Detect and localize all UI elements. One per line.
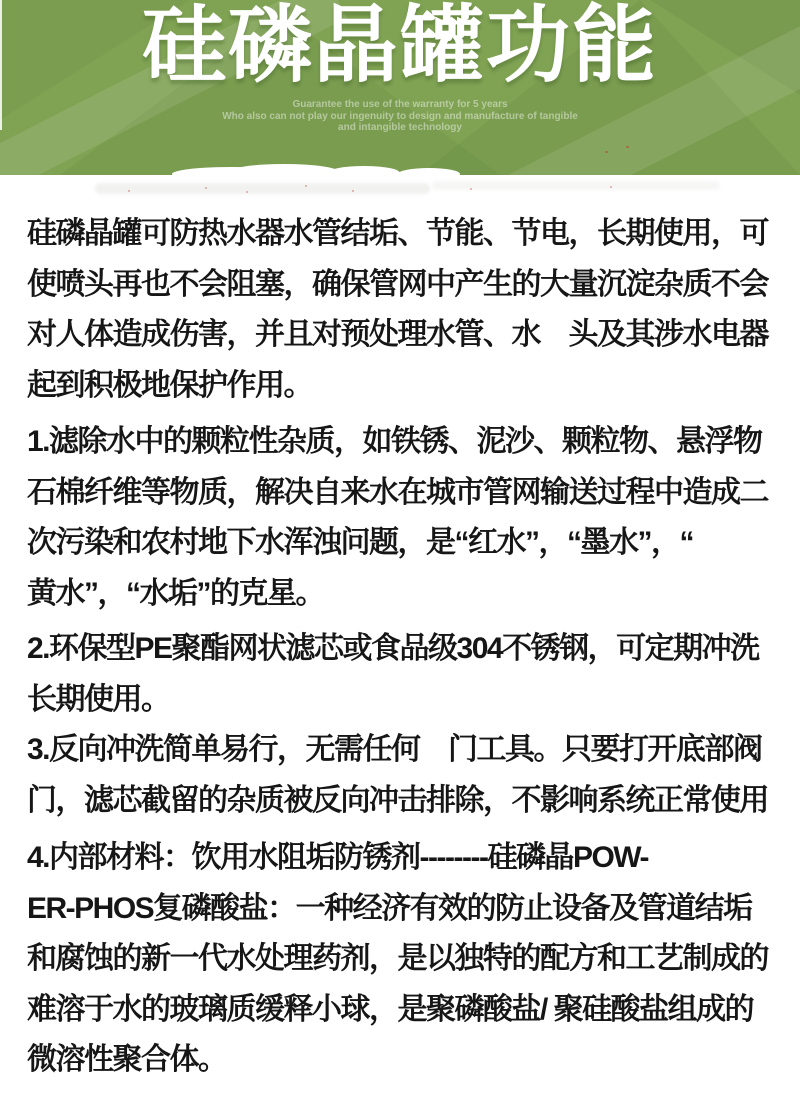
banner-subtitle-line: and intangible technology [0, 122, 800, 134]
text-line: 和腐蚀的新一代水处理药剂，是以独特的配方和工艺制成的 [27, 934, 787, 985]
jpeg-artifact-dot [352, 190, 354, 192]
text-line: 黄水”，“水垢”的克星。 [27, 569, 787, 620]
text-line: 硅磷晶罐可防热水器水管结垢、节能、节电，长期使用，可 [27, 209, 787, 260]
paragraph-feature-1: 1.滤除水中的颗粒性杂质，如铁锈、泥沙、颗粒物、悬浮物 石棉纤维等物质，解决自来… [27, 417, 787, 619]
jpeg-artifact-dot [610, 186, 612, 188]
jpeg-artifact-dot [205, 187, 207, 189]
jpeg-artifact-dot [246, 191, 248, 193]
page-title: 硅磷晶罐功能 [0, 0, 800, 94]
paragraph-feature-3: 3.反向冲洗简单易行，无需任何 门工具。只要打开底部阀 门，滤芯截留的杂质被反向… [27, 725, 787, 826]
text-line: 次污染和农村地下水浑浊问题，是“红水”，“墨水”，“ [27, 518, 787, 569]
text-line: 长期使用。 [27, 675, 787, 726]
paragraph-feature-4: 4.内部材料：饮用水阻垢防锈剂--------硅磷晶POW- ER-PHOS复磷… [27, 833, 787, 1086]
text-line: 难溶于水的玻璃质缓释小球，是聚磷酸盐/ 聚硅酸盐组成的 [27, 985, 787, 1036]
paragraph-feature-2: 2.环保型PE聚酯网状滤芯或食品级304不锈钢，可定期冲洗 长期使用。 [27, 624, 787, 725]
banner-subtitle-line: Who also can not play our ingenuity to d… [0, 111, 800, 123]
white-blob-artifact [228, 164, 340, 175]
text-line: 使喷头再也不会阻塞，确保管网中产生的大量沉淀杂质不会 [27, 260, 787, 311]
text-line: 起到积极地保护作用。 [27, 361, 787, 412]
artifact-smudge [432, 181, 720, 190]
page: 硅磷晶罐功能 Guarantee the use of the warranty… [0, 0, 800, 1100]
white-blob-artifact [328, 166, 400, 175]
body-text: 硅磷晶罐可防热水器水管结垢、节能、节电，长期使用，可 使喷头再也不会阻塞，确保管… [27, 209, 787, 1086]
text-line: 2.环保型PE聚酯网状滤芯或食品级304不锈钢，可定期冲洗 [27, 624, 787, 675]
white-blob-artifact [398, 168, 460, 175]
jpeg-artifact-dot [605, 151, 608, 153]
text-line: 4.内部材料：饮用水阻垢防锈剂--------硅磷晶POW- [27, 833, 787, 884]
text-line: 石棉纤维等物质，解决自来水在城市管网输送过程中造成二 [27, 468, 787, 519]
text-line: ER-PHOS复磷酸盐：一种经济有效的防止设备及管道结垢 [27, 884, 787, 935]
artifact-smudge [95, 183, 430, 194]
text-line: 门，滤芯截留的杂质被反向冲击排除，不影响系统正常使用 [27, 776, 787, 827]
header-banner: 硅磷晶罐功能 Guarantee the use of the warranty… [0, 0, 800, 175]
text-line: 对人体造成伤害，并且对预处理水管、水 头及其涉水电器 [27, 310, 787, 361]
jpeg-artifact-dot [305, 185, 307, 187]
banner-subtitle-line: Guarantee the use of the warranty for 5 … [0, 99, 800, 111]
jpeg-artifact-dot [470, 188, 472, 190]
jpeg-artifact-dot [128, 190, 130, 192]
text-line: 3.反向冲洗简单易行，无需任何 门工具。只要打开底部阀 [27, 725, 787, 776]
jpeg-artifact-dot [626, 146, 629, 148]
text-line: 1.滤除水中的颗粒性杂质，如铁锈、泥沙、颗粒物、悬浮物 [27, 417, 787, 468]
paragraph-intro: 硅磷晶罐可防热水器水管结垢、节能、节电，长期使用，可 使喷头再也不会阻塞，确保管… [27, 209, 787, 411]
text-line: 微溶性聚合体。 [27, 1035, 787, 1086]
banner-subtitle: Guarantee the use of the warranty for 5 … [0, 99, 800, 134]
